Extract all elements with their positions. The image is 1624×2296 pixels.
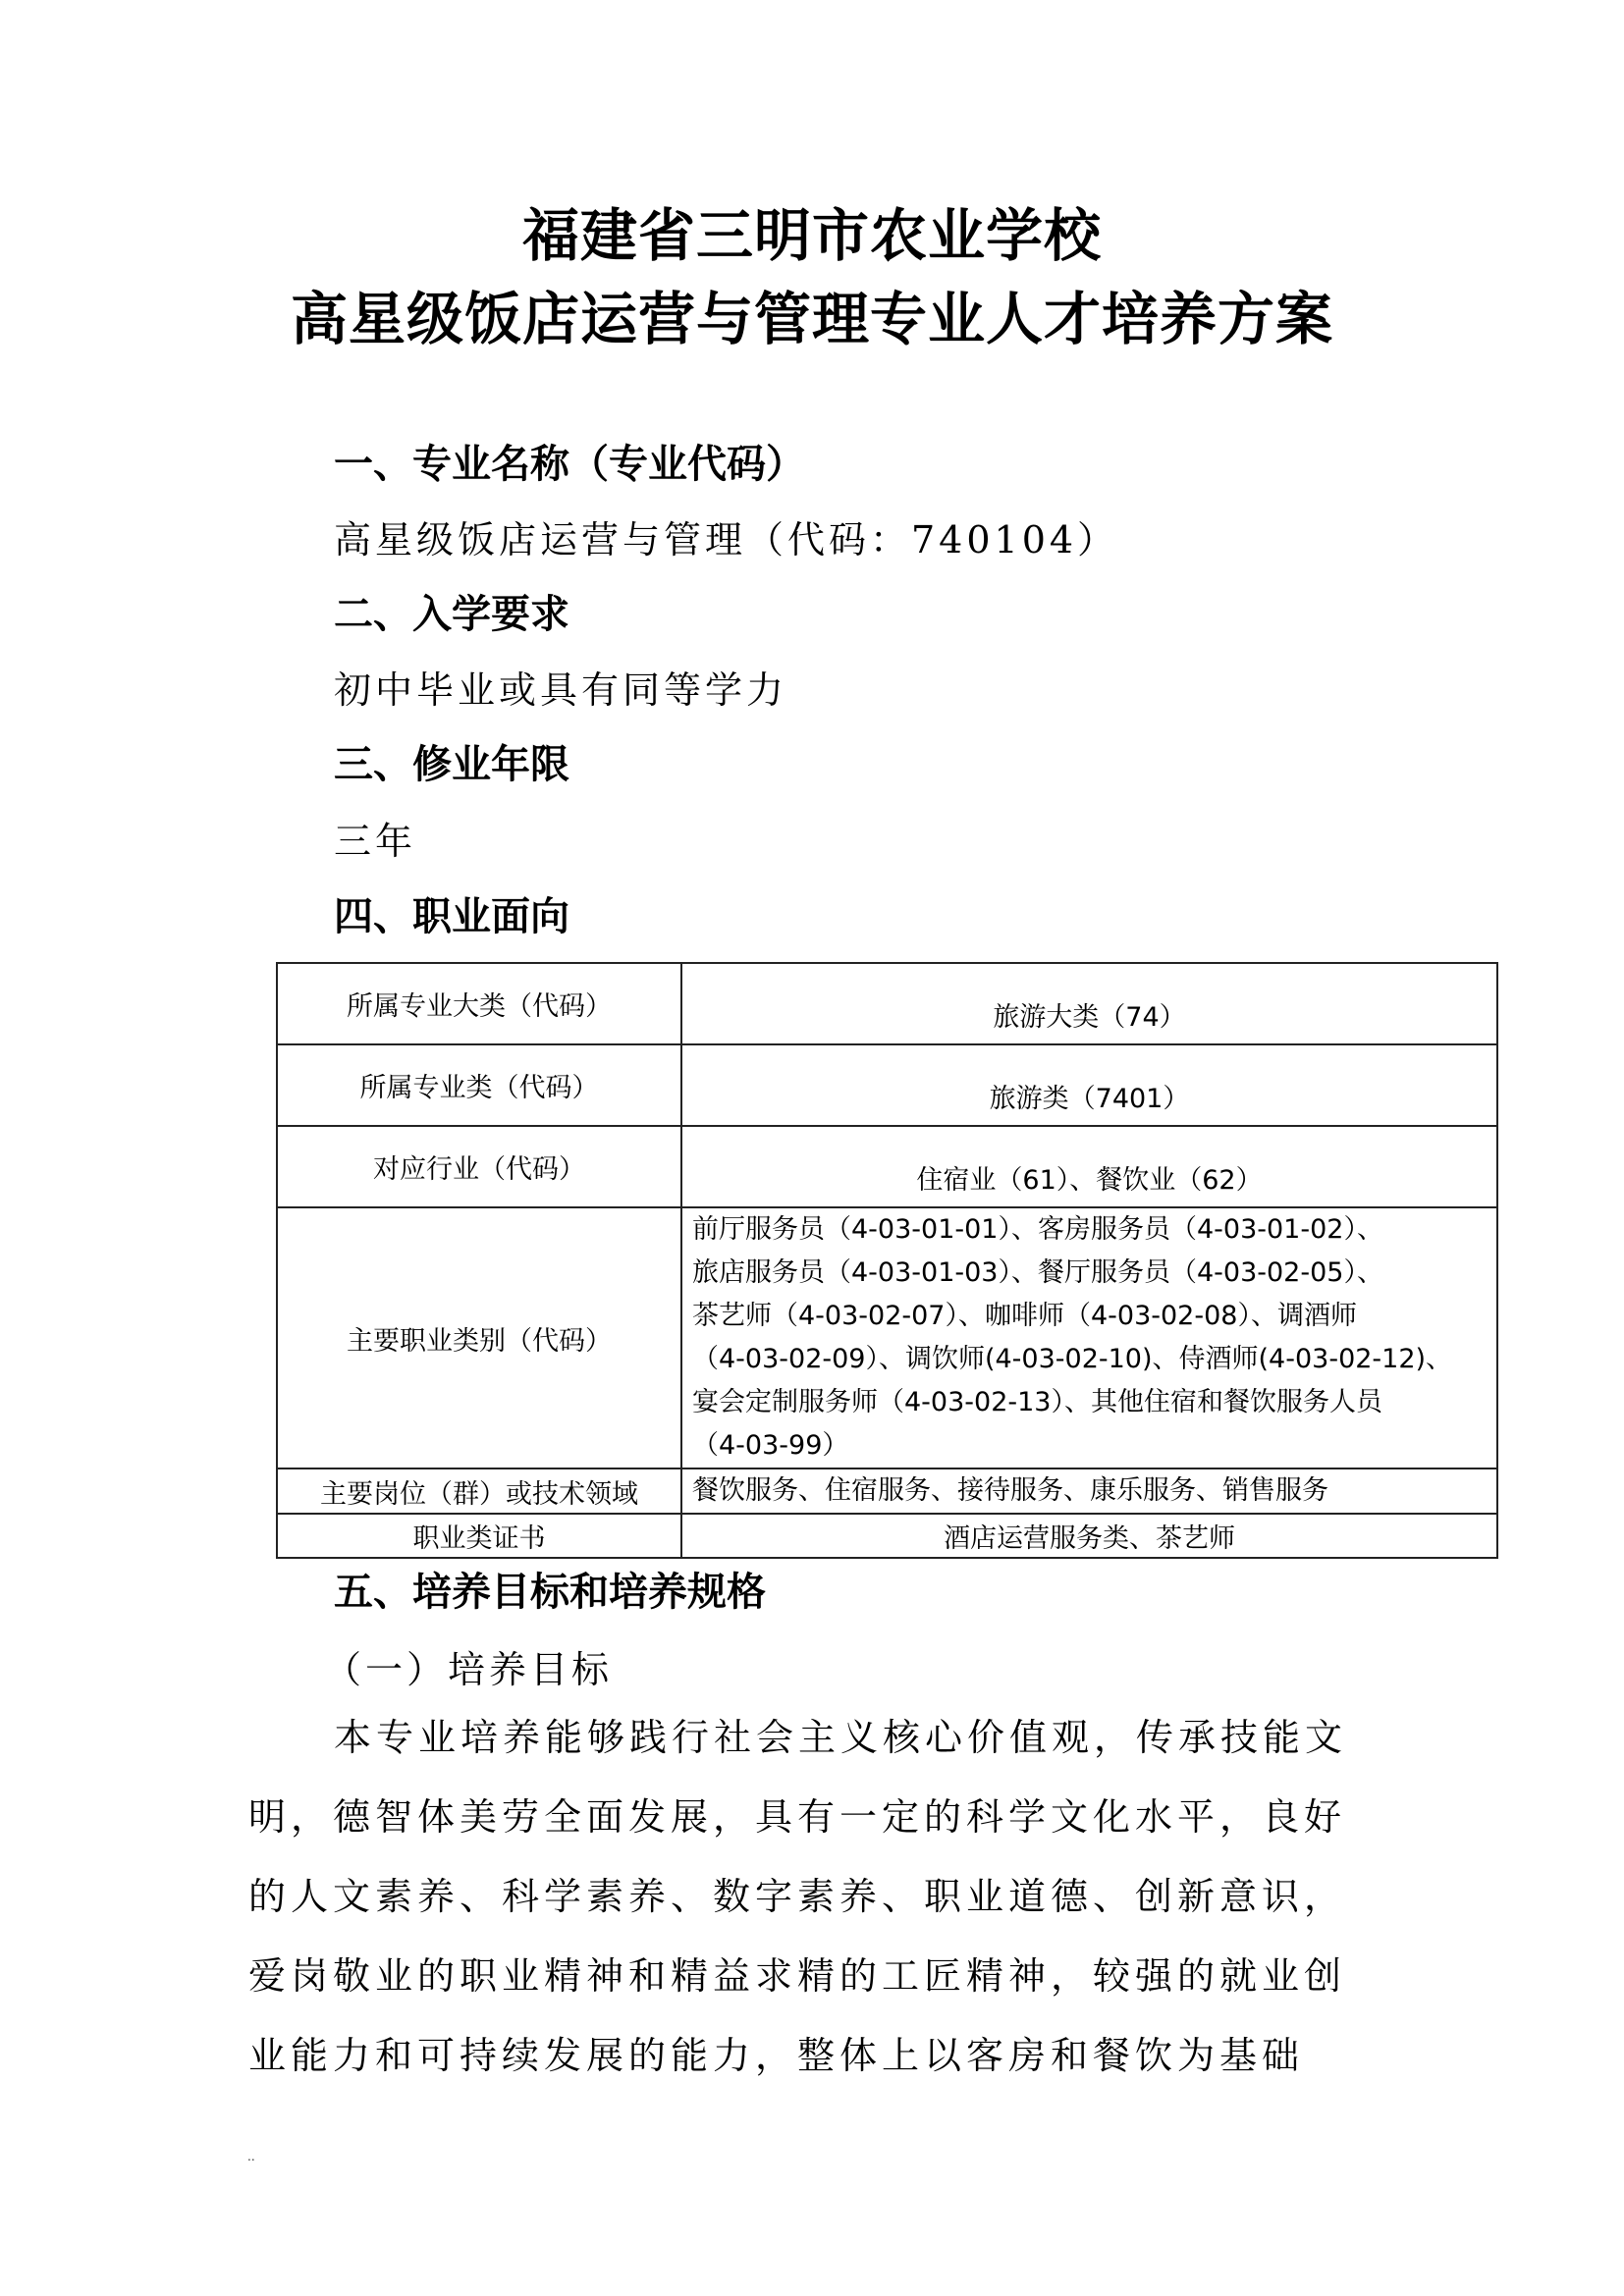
row-label: 职业类证书 bbox=[277, 1514, 681, 1558]
paragraph-line: 明，德智体美劳全面发展，具有一定的科学文化水平，良好 bbox=[248, 1778, 1387, 1857]
document-title: 高星级饭店运营与管理专业人才培养方案 bbox=[0, 285, 1624, 353]
paragraph-line: 本专业培养能够践行社会主义核心价值观，传承技能文 bbox=[334, 1698, 1394, 1778]
table-row: 主要岗位（群）或技术领域 餐饮服务、住宿服务、接待服务、康乐服务、销售服务 bbox=[277, 1468, 1497, 1514]
section-2-heading: 二、入学要求 bbox=[334, 589, 569, 640]
row-label: 对应行业（代码） bbox=[277, 1126, 681, 1207]
section-5-heading: 五、培养目标和培养规格 bbox=[334, 1567, 766, 1618]
section-2-content: 初中毕业或具有同等学力 bbox=[334, 666, 787, 715]
row-label: 所属专业类（代码） bbox=[277, 1044, 681, 1126]
row-label: 主要职业类别（代码） bbox=[277, 1207, 681, 1468]
paragraph-line: 爱岗敬业的职业精神和精益求精的工匠精神，较强的就业创 bbox=[248, 1937, 1387, 2016]
table-row: 对应行业（代码） 住宿业（61）、餐饮业（62） bbox=[277, 1126, 1497, 1207]
row-value: 前厅服务员（4-03-01-01）、客房服务员（4-03-01-02）、 旅店服… bbox=[681, 1207, 1497, 1468]
school-title: 福建省三明市农业学校 bbox=[0, 201, 1624, 270]
table-row: 职业类证书 酒店运营服务类、茶艺师 bbox=[277, 1514, 1497, 1558]
occupation-line: 茶艺师（4-03-02-07）、咖啡师（4-03-02-08）、调酒师 bbox=[692, 1295, 1487, 1338]
row-value: 旅游类（7401） bbox=[681, 1044, 1497, 1126]
row-value: 餐饮服务、住宿服务、接待服务、康乐服务、销售服务 bbox=[681, 1468, 1497, 1514]
section-1-heading: 一、专业名称（专业代码） bbox=[334, 439, 805, 490]
table-row: 所属专业大类（代码） 旅游大类（74） bbox=[277, 963, 1497, 1044]
document-page: 福建省三明市农业学校 高星级饭店运营与管理专业人才培养方案 一、专业名称（专业代… bbox=[0, 0, 1624, 2296]
occupation-line: （4-03-99） bbox=[692, 1424, 1487, 1468]
section-1-content: 高星级饭店运营与管理（代码：740104） bbox=[334, 515, 1118, 564]
section-4-heading: 四、职业面向 bbox=[334, 891, 569, 942]
subsection-heading: （一）培养目标 bbox=[324, 1645, 613, 1694]
career-orientation-table: 所属专业大类（代码） 旅游大类（74） 所属专业类（代码） 旅游类（7401） … bbox=[276, 962, 1498, 1559]
paragraph-line: 业能力和可持续发展的能力，整体上以客房和餐饮为基础 bbox=[248, 2016, 1387, 2096]
table-row: 主要职业类别（代码） 前厅服务员（4-03-01-01）、客房服务员（4-03-… bbox=[277, 1207, 1497, 1468]
footer-mark: .. bbox=[247, 2150, 255, 2163]
row-value: 旅游大类（74） bbox=[681, 963, 1497, 1044]
occupation-line: 前厅服务员（4-03-01-01）、客房服务员（4-03-01-02）、 bbox=[692, 1208, 1487, 1252]
row-label: 所属专业大类（代码） bbox=[277, 963, 681, 1044]
paragraph-line: 的人文素养、科学素养、数字素养、职业道德、创新意识， bbox=[248, 1857, 1387, 1937]
section-3-content: 三年 bbox=[334, 817, 416, 866]
section-3-heading: 三、修业年限 bbox=[334, 739, 569, 790]
table-row: 所属专业类（代码） 旅游类（7401） bbox=[277, 1044, 1497, 1126]
row-value: 酒店运营服务类、茶艺师 bbox=[681, 1514, 1497, 1558]
occupation-line: 宴会定制服务师（4-03-02-13）、其他住宿和餐饮服务人员 bbox=[692, 1381, 1487, 1424]
occupation-line: 旅店服务员（4-03-01-03）、餐厅服务员（4-03-02-05）、 bbox=[692, 1252, 1487, 1295]
row-label: 主要岗位（群）或技术领域 bbox=[277, 1468, 681, 1514]
row-value: 住宿业（61）、餐饮业（62） bbox=[681, 1126, 1497, 1207]
occupation-line: （4-03-02-09）、调饮师(4-03-02-10)、侍酒师(4-03-02… bbox=[692, 1338, 1487, 1381]
